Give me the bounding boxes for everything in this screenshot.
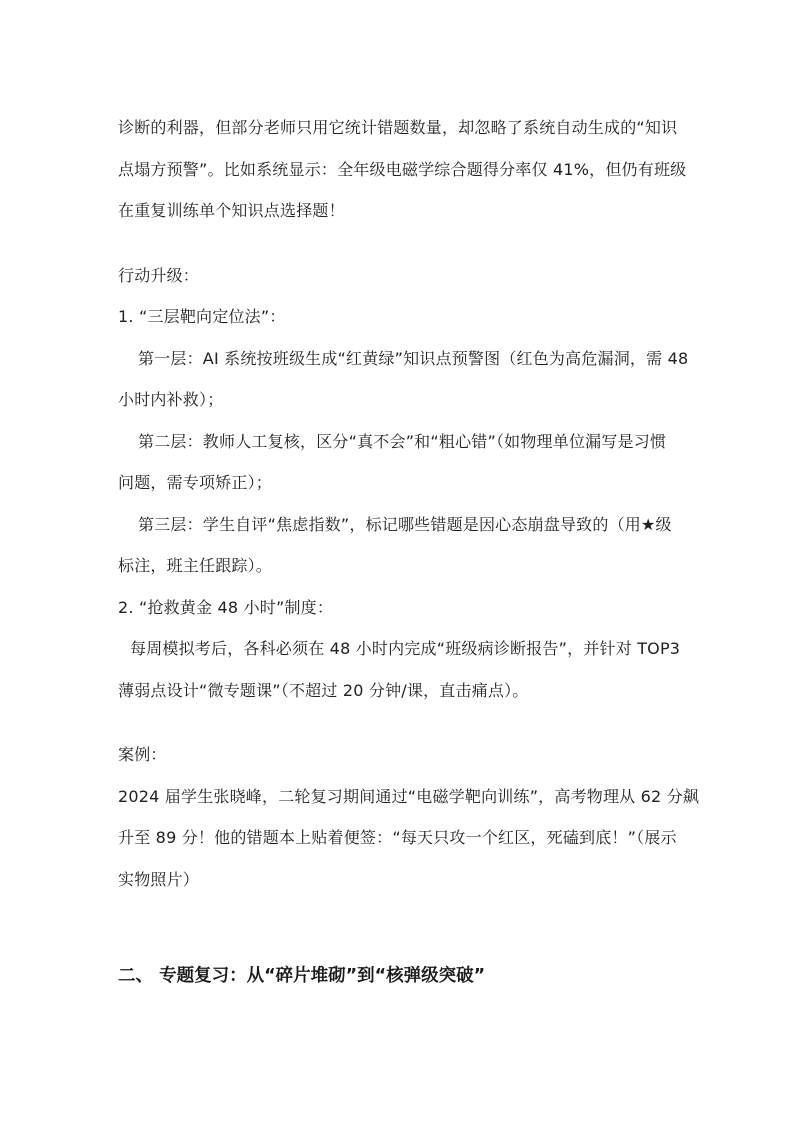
paragraph-line: 第一层：AI 系统按班级生成“红黄绿”知识点预警图（红色为高危漏洞，需 48: [118, 338, 683, 380]
paragraph-line: 第二层：教师人工复核，区分“真不会”和“粗心错”（如物理单位漏写是习惯: [118, 421, 683, 463]
paragraph-line: 问题，需专项矫正）；: [118, 462, 683, 504]
list-item-1-title: 1. “三层靶向定位法”：: [118, 296, 683, 338]
layer3-paragraph: 第三层：学生自评“焦虑指数”，标记哪些错题是因心态崩盘导致的（用★级 标注，班主…: [118, 504, 683, 587]
layer1-paragraph: 第一层：AI 系统按班级生成“红黄绿”知识点预警图（红色为高危漏洞，需 48 小…: [118, 338, 683, 421]
paragraph-line: 小时内补救）；: [118, 379, 683, 421]
paragraph-line: 2024 届学生张晓峰，二轮复习期间通过“电磁学靶向训练”，高考物理从 62 分…: [118, 776, 683, 818]
paragraph-line: 第三层：学生自评“焦虑指数”，标记哪些错题是因心态崩盘导致的（用★级: [118, 504, 683, 546]
document-page: 诊断的利器，但部分老师只用它统计错题数量，却忽略了系统自动生成的“知识 点塌方预…: [0, 0, 793, 1122]
paragraph-line: 实物照片）: [118, 859, 683, 901]
intro-paragraph: 诊断的利器，但部分老师只用它统计错题数量，却忽略了系统自动生成的“知识 点塌方预…: [118, 107, 683, 232]
case-study-paragraph: 2024 届学生张晓峰，二轮复习期间通过“电磁学靶向训练”，高考物理从 62 分…: [118, 776, 683, 901]
paragraph-line: 升至 89 分！他的错题本上贴着便签：“每天只攻一个红区，死磕到底！”（展示: [118, 817, 683, 859]
list-item-2-title: 2. “抢救黄金 48 小时”制度：: [118, 587, 683, 629]
paragraph-line: 薄弱点设计“微专题课”（不超过 20 分钟/课，直击痛点）。: [118, 670, 683, 712]
weekly-rule-paragraph: 每周模拟考后，各科必须在 48 小时内完成“班级病诊断报告”，并针对 TOP3 …: [118, 628, 683, 711]
paragraph-line: 在重复训练单个知识点选择题！: [118, 190, 683, 232]
section-2-heading: 二、 专题复习：从“碎片堆砌”到“核弹级突破”: [118, 955, 683, 997]
paragraph-line: 点塌方预警”。比如系统显示：全年级电磁学综合题得分率仅 41%，但仍有班级: [118, 149, 683, 191]
layer2-paragraph: 第二层：教师人工复核，区分“真不会”和“粗心错”（如物理单位漏写是习惯 问题，需…: [118, 421, 683, 504]
paragraph-line: 诊断的利器，但部分老师只用它统计错题数量，却忽略了系统自动生成的“知识: [118, 107, 683, 149]
paragraph-line: 标注，班主任跟踪）。: [118, 545, 683, 587]
paragraph-line: 每周模拟考后，各科必须在 48 小时内完成“班级病诊断报告”，并针对 TOP3: [118, 628, 683, 670]
action-upgrade-title: 行动升级：: [118, 255, 683, 297]
case-label: 案例：: [118, 734, 683, 776]
